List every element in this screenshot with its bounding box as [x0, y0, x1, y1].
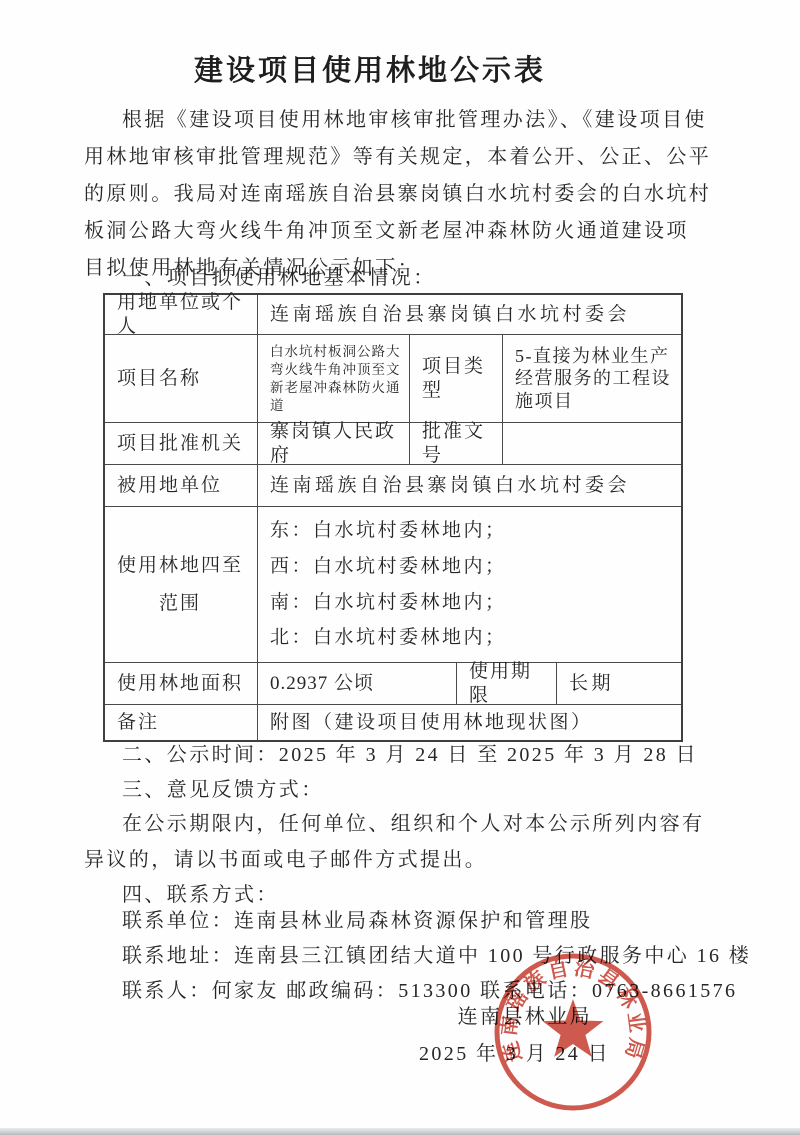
section2-line: 二、公示时间：2025 年 3 月 24 日 至 2025 年 3 月 28 日: [84, 737, 752, 773]
table-row: 项目批准机关 寨岗镇人民政府 批准文号: [105, 423, 681, 465]
project-type-value: 5-直接为林业生产经营服务的工程设施项目: [503, 335, 681, 422]
boundary-south: 南：白水坑村委林地内；: [270, 591, 507, 615]
approval-org-value: 寨岗镇人民政府: [258, 423, 410, 464]
boundary-north: 北：白水坑村委林地内；: [270, 626, 507, 650]
section3-heading: 三、意见反馈方式：: [84, 772, 752, 808]
page-title: 建设项目使用林地公示表: [0, 48, 740, 89]
signature-organization: 连南县林业局: [458, 1000, 592, 1029]
boundary-label-line2: 范围: [117, 592, 201, 616]
forest-land-table: 用地单位或个人 连南瑶族自治县寨岗镇白水坑村委会 项目名称 白水坑村板洞公路大弯…: [103, 293, 683, 742]
contact-unit: 联系单位：连南县林业局森林资源保护和管理股: [84, 903, 752, 939]
intro-line-3: 的原则。我局对连南瑶族自治县寨岗镇白水坑村委会的白水坑村: [84, 176, 752, 212]
remark-label: 备注: [105, 705, 258, 740]
project-name-value: 白水坑村板洞公路大弯火线牛角冲顶至文新老屋冲森林防火通道: [258, 335, 410, 422]
scan-bottom-edge: [0, 1128, 800, 1135]
table-row: 用地单位或个人 连南瑶族自治县寨岗镇白水坑村委会: [105, 295, 681, 335]
approval-org-label: 项目批准机关: [105, 423, 258, 464]
area-label: 使用林地面积: [105, 663, 258, 704]
boundary-east: 东：白水坑村委林地内；: [270, 519, 507, 543]
term-value: 长期: [557, 663, 681, 704]
intro-line-4: 板洞公路大弯火线牛角冲顶至文新老屋冲森林防火通道建设项: [84, 213, 752, 249]
intro-line-2: 用林地审核审批管理规范》等有关规定，本着公开、公正、公平: [84, 139, 752, 175]
contact-person: 联系人：何家友 邮政编码：513300 联系电话：0763-8661576: [84, 973, 752, 1009]
document-page: 建设项目使用林地公示表 根据《建设项目使用林地审核审批管理办法》、《建设项目使 …: [0, 0, 800, 1135]
land-user-label: 用地单位或个人: [105, 295, 258, 334]
table-row: 使用林地四至 范围 东：白水坑村委林地内； 西：白水坑村委林地内； 南：白水坑村…: [105, 507, 681, 663]
land-user-value: 连南瑶族自治县寨岗镇白水坑村委会: [258, 295, 681, 334]
signature-date: 2025 年 3 月 24 日: [419, 1037, 610, 1066]
table-row: 项目名称 白水坑村板洞公路大弯火线牛角冲顶至文新老屋冲森林防火通道 项目类型 5…: [105, 335, 681, 423]
area-value: 0.2937 公顷: [258, 663, 457, 704]
term-label: 使用期限: [457, 663, 557, 704]
occupied-unit-value: 连南瑶族自治县寨岗镇白水坑村委会: [258, 465, 681, 506]
remark-value: 附图（建设项目使用林地现状图）: [258, 705, 681, 740]
table-row: 使用林地面积 0.2937 公顷 使用期限 长期: [105, 663, 681, 705]
approval-doc-label: 批准文号: [410, 423, 503, 464]
boundary-west: 西：白水坑村委林地内；: [270, 555, 507, 579]
project-name-label: 项目名称: [105, 335, 258, 422]
section3-line-2: 异议的，请以书面或电子邮件方式提出。: [84, 842, 752, 878]
contact-address: 联系地址：连南县三江镇团结大道中 100 号行政服务中心 16 楼: [84, 938, 752, 974]
boundary-value: 东：白水坑村委林地内； 西：白水坑村委林地内； 南：白水坑村委林地内； 北：白水…: [258, 507, 681, 662]
intro-line-1: 根据《建设项目使用林地审核审批管理办法》、《建设项目使: [84, 102, 752, 138]
occupied-unit-label: 被用地单位: [105, 465, 258, 506]
project-type-label: 项目类型: [410, 335, 503, 422]
boundary-label: 使用林地四至 范围: [105, 507, 258, 662]
boundary-label-line1: 使用林地四至: [117, 554, 243, 578]
section3-line-1: 在公示期限内，任何单位、组织和个人对本公示所列内容有: [84, 806, 752, 842]
table-row: 备注 附图（建设项目使用林地现状图）: [105, 705, 681, 740]
approval-doc-value: [503, 423, 681, 464]
table-row: 被用地单位 连南瑶族自治县寨岗镇白水坑村委会: [105, 465, 681, 507]
